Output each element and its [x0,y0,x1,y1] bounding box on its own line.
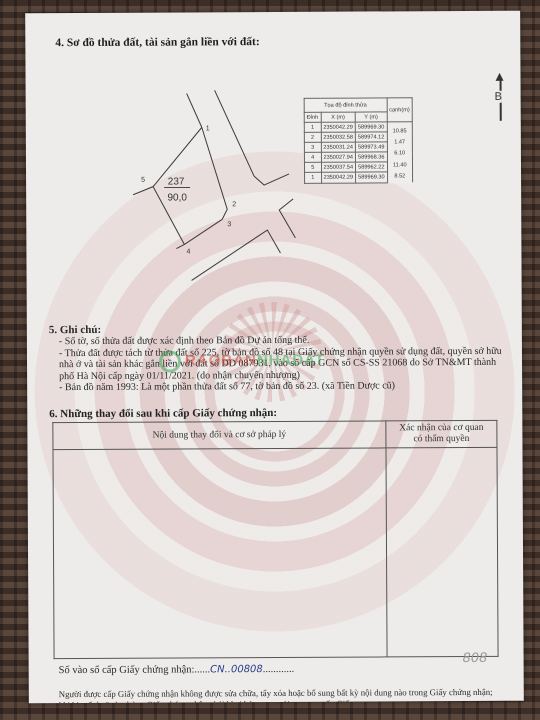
section5-notes: 5. Ghi chú: - Số tờ, số thửa đất được xá… [49,323,504,394]
note-line: - Thửa đất được tách từ thửa đất số 225,… [49,346,504,383]
authority-confirmation-header: Xác nhận của cơ quan có thẩm quyền [386,420,497,448]
edge-lengths-cell: 10.85 1.47 6.10 11.40 8.52 [387,122,413,183]
vertex-cell: 4 [304,152,321,162]
x-cell: 2350032.58 [321,132,356,142]
vertex-label-4: 4 [186,248,190,255]
parcel-diagram: 237 90,0 1 2 3 4 5 [25,11,522,334]
vertex-label-3: 3 [227,221,231,228]
y-cell: 589969.30 [355,122,387,132]
coord-table-title: Tọa độ đỉnh thửa [304,98,387,112]
changes-content-header: Nội dung thay đổi và cơ sở pháp lý [53,421,386,450]
y-cell: 589973.49 [355,142,387,152]
y-cell: 589962.22 [356,162,388,172]
pencil-note: 808 [463,651,488,666]
edge-header: cạnh(m) [387,98,413,122]
table-row: 1 2350042.29 589969.30 10.85 1.47 6.10 1… [304,122,412,133]
authority-confirmation-cell [386,447,498,657]
changes-content-cell [53,448,387,659]
note-line: - Bản đồ năm 1993: Là một phần thửa đất … [49,380,504,394]
vertex-cell: 3 [304,142,321,152]
changes-table: Nội dung thay đổi và cơ sở pháp lý Xác n… [52,420,498,659]
vertex-label-2: 2 [232,201,236,208]
vertex-label-5: 5 [141,177,145,184]
serial-dots: ............ [263,664,295,675]
vertex-cell: 1 [304,122,321,132]
edge-length: 10.85 [389,126,410,137]
x-header: X (m) [321,112,356,122]
land-certificate-page: 4. Sơ đồ thửa đất, tài sản gắn liền với … [25,11,524,704]
y-cell: 589968.36 [356,152,388,162]
certificate-serial-line: Số vào sổ cấp Giấy chứng nhận:......CN..… [59,664,295,676]
vertex-coordinate-table: Tọa độ đỉnh thửa cạnh(m) Đỉnh X (m) Y (m… [304,97,413,183]
edge-length: 8.52 [390,171,411,182]
serial-label: Số vào sổ cấp Giấy chứng nhận:...... [59,664,211,676]
y-header: Y (m) [355,112,387,122]
y-cell: 589969.30 [356,172,388,182]
certificate-warning: Người được cấp Giấy chứng nhận không đượ… [59,687,499,703]
parcel-number: 237 [168,176,185,187]
x-cell: 2350031.24 [321,142,356,152]
vertex-cell: 2 [304,132,321,142]
x-cell: 2350037.54 [321,162,356,172]
x-cell: 2350042.29 [321,122,356,132]
x-cell: 2350027.94 [321,152,356,162]
x-cell: 2350042.29 [321,172,356,182]
section6-title: 6. Những thay đổi sau khi cấp Giấy chứng… [49,407,277,420]
edge-length: 6.10 [389,149,410,160]
edge-length: 11.40 [390,160,411,171]
vertex-cell: 1 [305,173,322,183]
edge-length: 1.47 [389,137,410,148]
vertex-label-1: 1 [206,125,210,132]
serial-handwritten-value: CN..00808 [210,664,263,675]
parcel-area: 90,0 [167,192,187,203]
vertex-cell: 5 [304,163,321,173]
y-cell: 589974.12 [355,132,387,142]
vertex-header: Đỉnh [304,112,321,122]
